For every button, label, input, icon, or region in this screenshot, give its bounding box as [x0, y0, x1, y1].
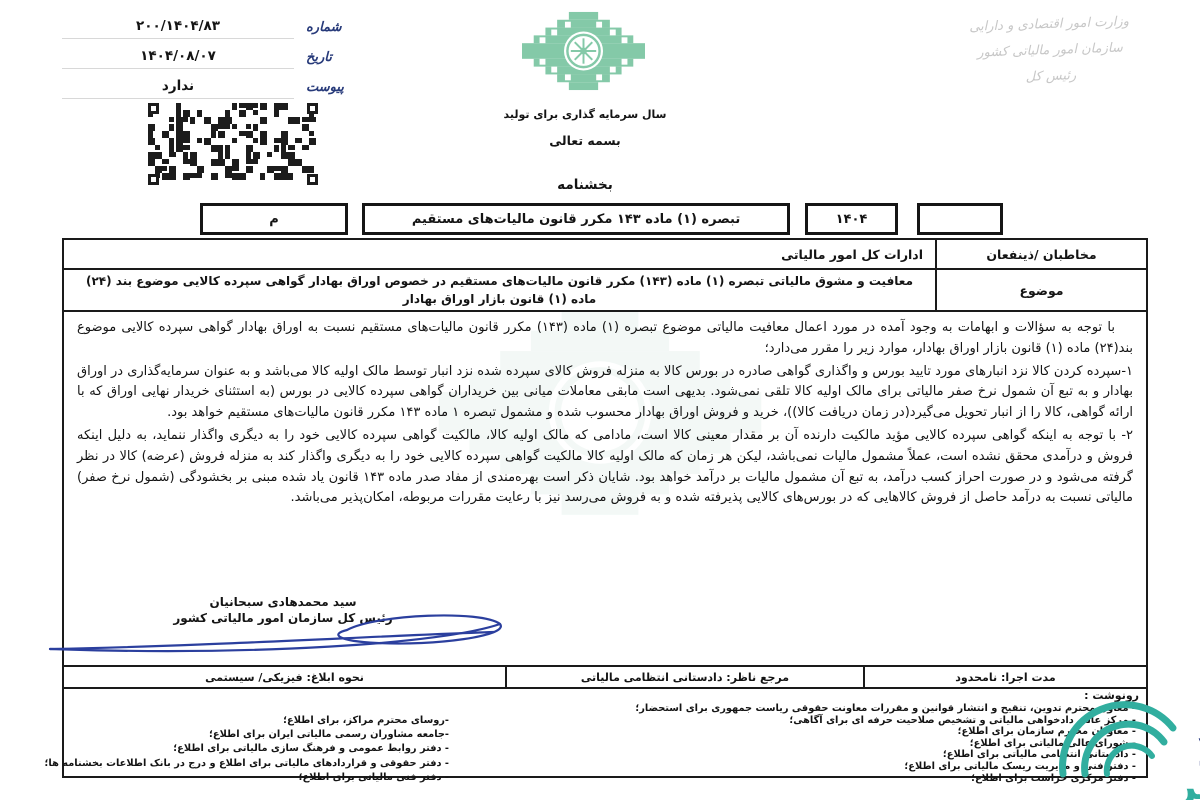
classification-box: م	[200, 203, 348, 235]
subject-value: معافیت و مشوق مالیاتی تبصره (۱) ماده (۱۴…	[64, 270, 935, 310]
date-label: تاریخ	[306, 50, 364, 65]
attachment-label: پیوست	[306, 80, 364, 95]
slogan-line: سال سرمایه گذاری برای تولید	[435, 108, 735, 121]
attachment-value: ندارد	[62, 78, 294, 99]
exec-supervisor-cell: مرجع ناظر: دادستانی انتظامی مالیاتی	[507, 667, 865, 687]
date-row: ۱۴۰۴/۰۸/۰۷ تاریخ	[62, 46, 364, 76]
main-document-table: ادارات کل امور مالیاتی مخاطبان /ذینفعان …	[62, 238, 1148, 778]
cc-item: - دفتر حقوقی و قراردادهای مالیاتی برای ا…	[104, 757, 449, 771]
ministry-letterhead: وزارت امور اقتصادی و دارایی سازمان امور …	[924, 8, 1177, 95]
number-row: ۲۰۰/۱۴۰۴/۸۳ شماره	[62, 16, 364, 46]
qr-code	[148, 103, 318, 185]
tax-administration-logo-icon	[517, 10, 650, 92]
exec-notification-cell: نحوه ابلاغ: فیزیکی/ سیستمی	[64, 667, 507, 687]
attachment-row: ندارد پیوست	[62, 76, 364, 106]
kalakhabar-watermark: کالا خبر	[1025, 682, 1200, 800]
audience-label: مخاطبان /ذینفعان	[935, 240, 1146, 268]
audience-row: ادارات کل امور مالیاتی مخاطبان /ذینفعان	[64, 240, 1146, 270]
number-value: ۲۰۰/۱۴۰۴/۸۳	[62, 18, 294, 39]
year-box: ۱۴۰۴	[805, 203, 898, 235]
subject-band-box: تبصره (۱) ماده ۱۴۳ مکرر قانون مالیات‌های…	[362, 203, 790, 235]
date-value: ۱۴۰۴/۰۸/۰۷	[62, 48, 294, 69]
doc-type-heading: بخشنامه	[435, 177, 735, 193]
execution-info-row: مدت اجرا: نامحدود مرجع ناظر: دادستانی ان…	[64, 665, 1146, 689]
cc-item: - دفتر فنی مالیاتی برای اطلاع؛	[104, 771, 449, 785]
watermark-arcs-icon	[1063, 705, 1173, 774]
audience-value: ادارات کل امور مالیاتی	[64, 240, 935, 268]
paragraph-item-2: ۲- با توجه به اینکه گواهی سپرده کالایی م…	[77, 426, 1133, 509]
circular-document-page: ۲۰۰/۱۴۰۴/۸۳ شماره ۱۴۰۴/۰۸/۰۷ تاریخ ندارد…	[0, 0, 1200, 800]
paragraph-intro: با توجه به سؤالات و ابهامات به وجود آمده…	[77, 318, 1133, 360]
letterhead-reference-block: ۲۰۰/۱۴۰۴/۸۳ شماره ۱۴۰۴/۰۸/۰۷ تاریخ ندارد…	[62, 16, 364, 106]
watermark-sub-text: خبر	[1173, 764, 1200, 800]
cc-item: - دفتر روابط عمومی و فرهنگ سازی مالیاتی …	[104, 742, 449, 756]
subject-row: معافیت و مشوق مالیاتی تبصره (۱) ماده (۱۴…	[64, 270, 1146, 312]
paragraph-item-1: ۱-سپرده کردن کالا نزد انبارهای مورد تایی…	[77, 362, 1133, 424]
signature-scribble-icon	[42, 604, 527, 662]
number-label: شماره	[306, 20, 364, 35]
cc-left-list: -روسای محترم مراکز، برای اطلاع؛ -جامعه م…	[104, 714, 449, 785]
bismillah-line: بسمه تعالی	[435, 133, 735, 148]
subject-label: موضوع	[935, 270, 1146, 310]
cc-item: -روسای محترم مراکز، برای اطلاع؛	[104, 714, 449, 728]
cc-item: -جامعه مشاوران رسمی مالیاتی ایران برای ا…	[104, 728, 449, 742]
ref-empty-box	[917, 203, 1003, 235]
